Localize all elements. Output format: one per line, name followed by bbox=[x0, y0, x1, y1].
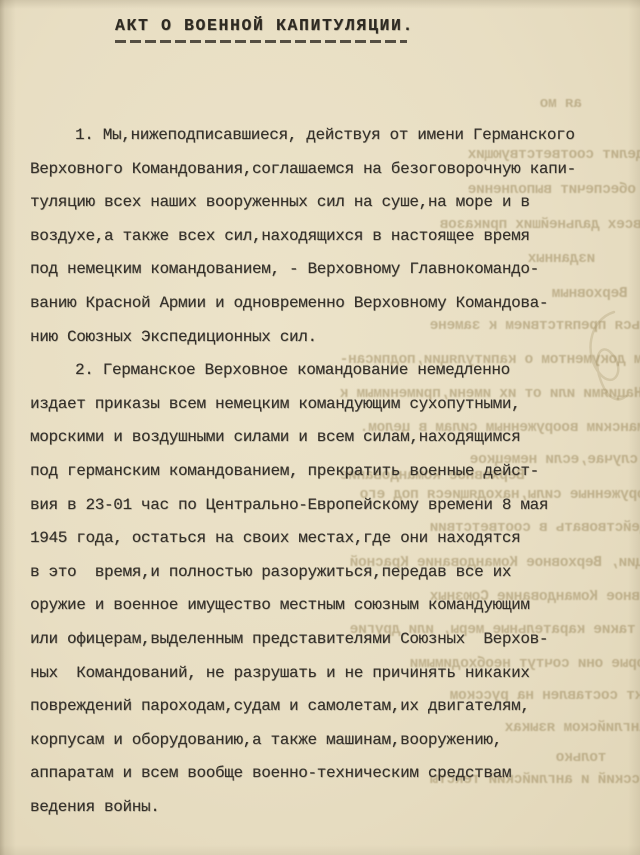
typed-line: морскими и воздушными силами и всем сила… bbox=[30, 421, 615, 455]
typed-line: воздухе,а также всех сил,находящихся в н… bbox=[30, 220, 615, 254]
typed-line: под немецким командованием, - Верховному… bbox=[30, 253, 615, 287]
typed-line: туляцию всех наших вооруженных сил на су… bbox=[30, 186, 615, 220]
typed-line: 1945 года, остаться на своих местах,где … bbox=[30, 522, 615, 556]
typed-line: аппаратам и всем вообще военно-техническ… bbox=[30, 757, 615, 791]
typed-line: оружие и военное имущество местным союзн… bbox=[30, 589, 615, 623]
typed-line: ванию Красной Армии и одновременно Верхо… bbox=[30, 287, 615, 321]
title-underline bbox=[115, 40, 407, 43]
typed-line: вия в 23-01 час по Центрально-Европейско… bbox=[30, 489, 615, 523]
typed-line: повреждений пароходам,судам и самолетам,… bbox=[30, 690, 615, 724]
typed-line: или офицерам,выделенным представителями … bbox=[30, 623, 615, 657]
typed-line: в это время,и полностью разоружиться,пер… bbox=[30, 556, 615, 590]
typed-line: под германским командованием, прекратить… bbox=[30, 455, 615, 489]
typed-line: 2. Германское Верховное командование нем… bbox=[30, 354, 615, 388]
typed-line: Верховного Командования,соглашаемся на б… bbox=[30, 153, 615, 187]
typed-line: ных Командований, не разрушать и не прич… bbox=[30, 657, 615, 691]
document-body: 1. Мы,нижеподписавшиеся, действуя от име… bbox=[30, 119, 615, 824]
typed-line: 1. Мы,нижеподписавшиеся, действуя от име… bbox=[30, 119, 615, 153]
document-title-block: АКТ О ВОЕННОЙ КАПИТУЛЯЦИИ. bbox=[115, 16, 414, 43]
typed-line: корпусам и оборудованию,а также машинам,… bbox=[30, 724, 615, 758]
typed-line: нию Союзных Экспедиционных сил. bbox=[30, 321, 615, 355]
bleedthrough-line: ая мо bbox=[540, 96, 582, 112]
document-title: АКТ О ВОЕННОЙ КАПИТУЛЯЦИИ. bbox=[115, 16, 414, 35]
typed-line: издает приказы всем немецким командующим… bbox=[30, 388, 615, 422]
typed-line: ведения войны. bbox=[30, 791, 615, 825]
document-page: ая мовыделит соответствующихобеспечит вы… bbox=[0, 0, 640, 855]
